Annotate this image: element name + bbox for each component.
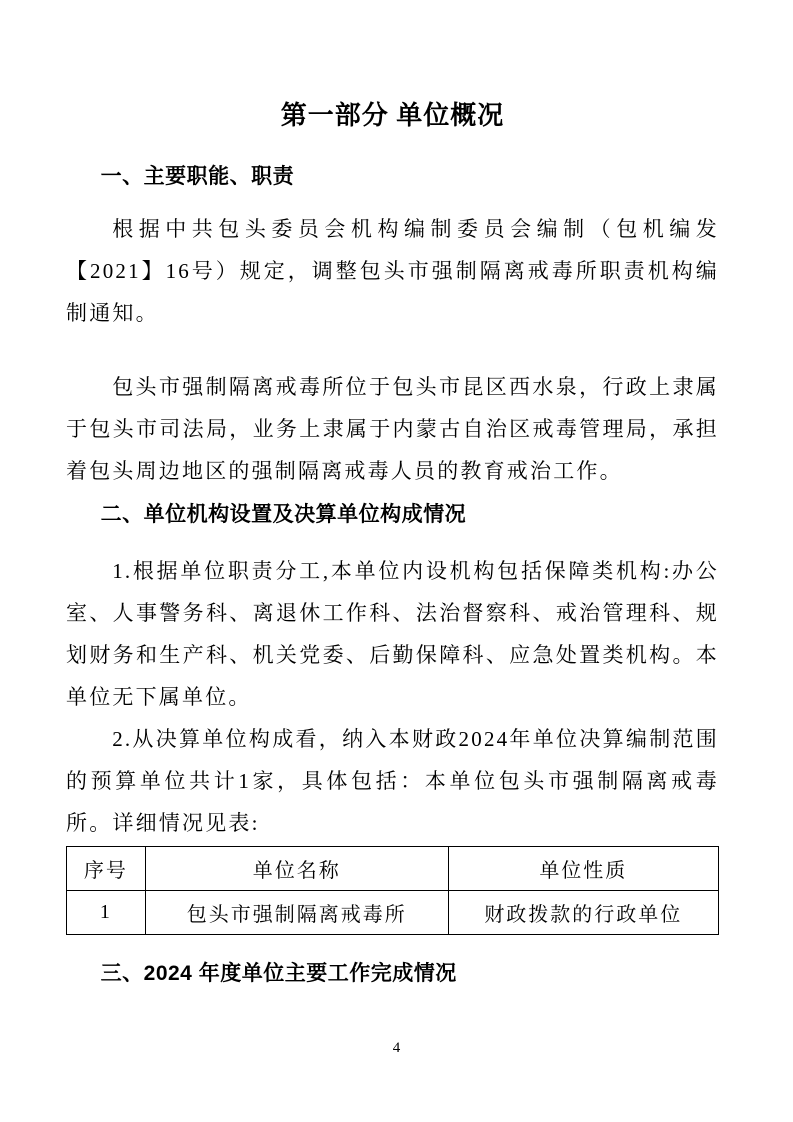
paragraph-internal-orgs: 1.根据单位职责分工,本单位内设机构包括保障类机构:办公室、人事警务科、离退休工… [66,550,719,718]
document-title: 第一部分 单位概况 [66,96,719,136]
section-heading-org-structure: 二、单位机构设置及决算单位构成情况 [66,500,719,530]
units-table: 序号 单位名称 单位性质 1 包头市强制隔离戒毒所 财政拨款的行政单位 [66,846,719,935]
paragraph-budget-units: 2.从决算单位构成看，纳入本财政2024年单位决算编制范围的预算单位共计1家，具… [66,718,719,844]
table-header-cell-unit-type: 单位性质 [448,847,718,891]
table-row: 1 包头市强制隔离戒毒所 财政拨款的行政单位 [67,891,719,935]
paragraph-duties-location: 包头市强制隔离戒毒所位于包头市昆区西水泉，行政上隶属于包头市司法局，业务上隶属于… [66,366,719,492]
document-page: 第一部分 单位概况 一、主要职能、职责 根据中共包头委员会机构编制委员会编制（包… [0,0,793,1122]
units-table-header: 序号 单位名称 单位性质 [67,847,719,891]
page-number: 4 [0,1040,793,1057]
table-header-row: 序号 单位名称 单位性质 [67,847,719,891]
section-heading-main-duties: 一、主要职能、职责 [66,162,719,192]
table-header-cell-unit-name: 单位名称 [145,847,448,891]
table-cell-unit-type: 财政拨款的行政单位 [448,891,718,935]
table-header-cell-index: 序号 [67,847,146,891]
units-table-body: 1 包头市强制隔离戒毒所 财政拨款的行政单位 [67,891,719,935]
table-cell-unit-name: 包头市强制隔离戒毒所 [145,891,448,935]
paragraph-duties-basis: 根据中共包头委员会机构编制委员会编制（包机编发【2021】16号）规定，调整包头… [66,208,719,334]
section-heading-work-completion: 三、2024 年度单位主要工作完成情况 [66,959,719,989]
table-cell-index: 1 [67,891,146,935]
